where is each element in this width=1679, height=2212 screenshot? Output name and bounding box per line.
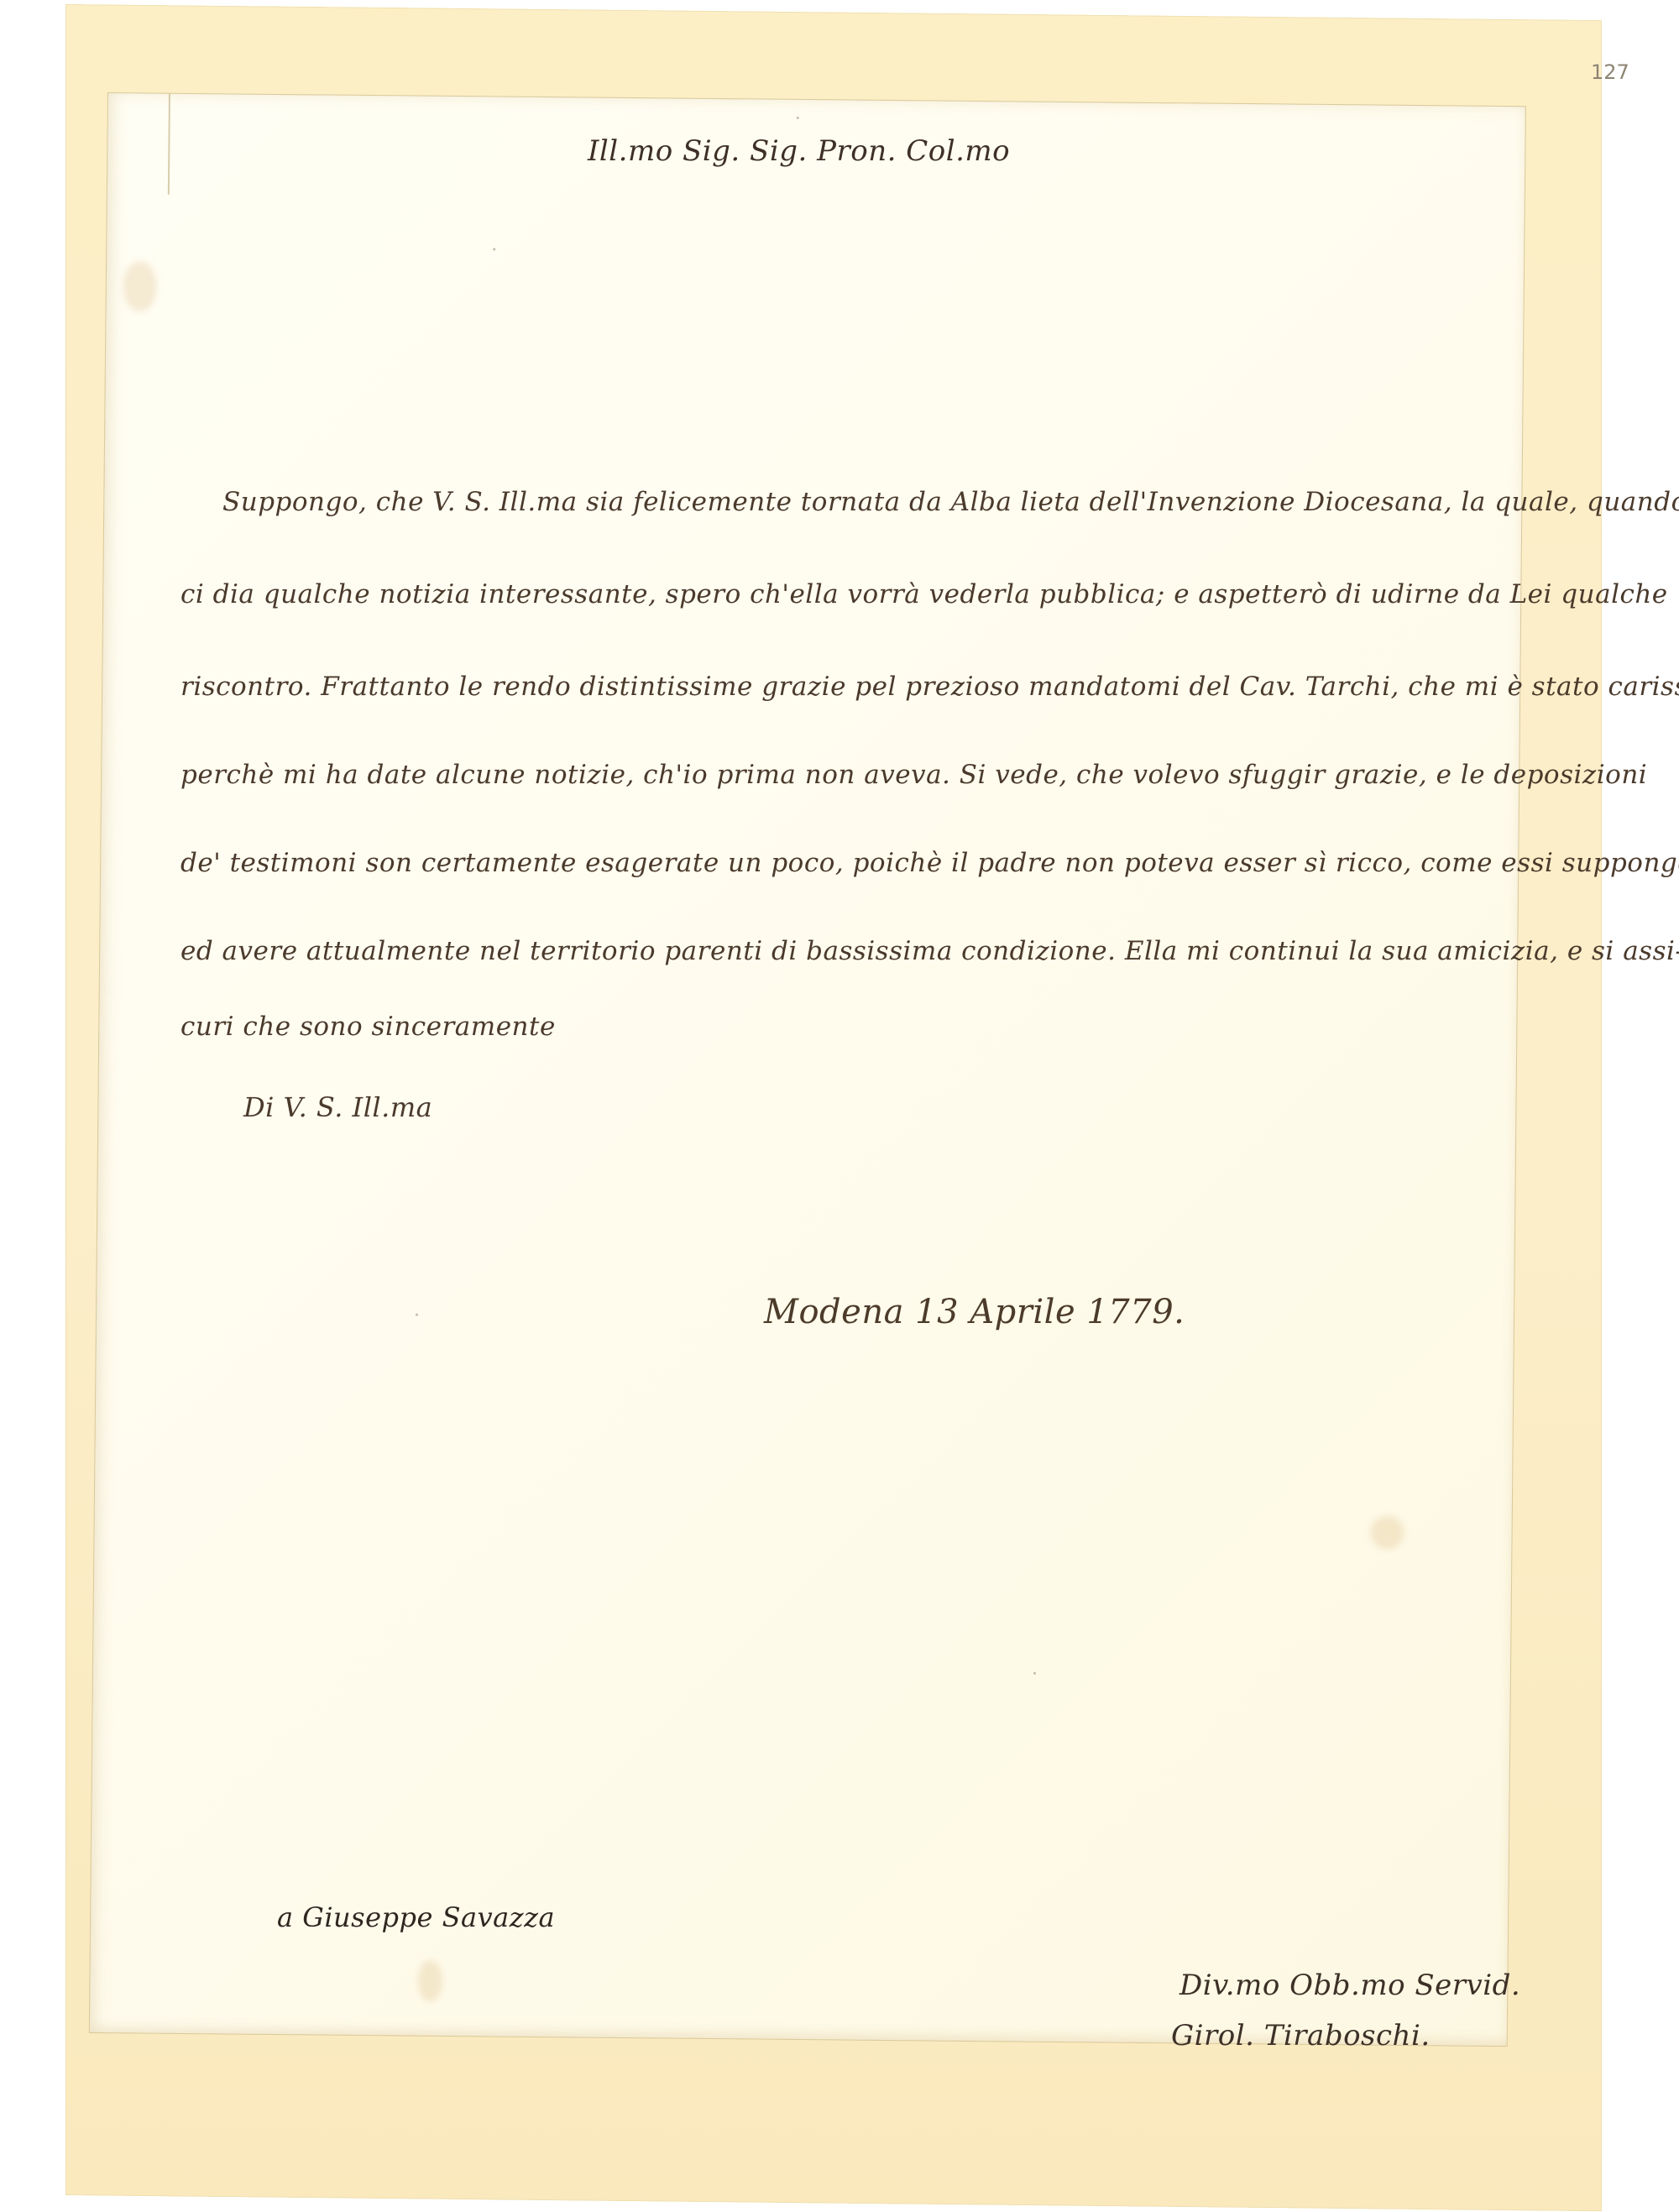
letter-body-line: perchè mi ha date alcune notizie, ch'io … bbox=[180, 760, 1647, 790]
letter-body-line: de' testimoni son certamente esagerate u… bbox=[180, 848, 1679, 878]
letter-body-line: ci dia qualche notizia interessante, spe… bbox=[180, 579, 1668, 609]
place-and-date: Modena 13 Aprile 1779. bbox=[764, 1293, 1185, 1331]
letter-sheet bbox=[89, 92, 1526, 2047]
foxing-stain bbox=[123, 261, 157, 311]
signature-line-1: Div.mo Obb.mo Servid. bbox=[1179, 1969, 1520, 2002]
paper-fold-crease bbox=[168, 94, 170, 195]
signature-line-2: Girol. Tiraboschi. bbox=[1171, 2019, 1431, 2053]
paper-speck bbox=[797, 117, 799, 119]
addressee: a Giuseppe Savazza bbox=[277, 1901, 555, 1933]
paper-speck bbox=[1033, 1672, 1036, 1675]
letter-salutation: Ill.mo Sig. Sig. Pron. Col.mo bbox=[588, 134, 1010, 168]
letter-body-line: ed avere attualmente nel territorio pare… bbox=[180, 936, 1679, 966]
letter-body-line: riscontro. Frattanto le rendo distintiss… bbox=[180, 672, 1679, 702]
letter-body-line: Suppongo, che V. S. Ill.ma sia felicemen… bbox=[222, 487, 1679, 517]
folio-number: 127 bbox=[1591, 60, 1629, 84]
letter-closing: Di V. S. Ill.ma bbox=[243, 1091, 432, 1123]
paper-speck bbox=[493, 248, 495, 250]
paper-speck bbox=[416, 1314, 418, 1316]
letter-body-line: curi che sono sinceramente bbox=[180, 1012, 556, 1042]
foxing-stain bbox=[1370, 1516, 1404, 1550]
foxing-stain bbox=[417, 1960, 442, 2002]
